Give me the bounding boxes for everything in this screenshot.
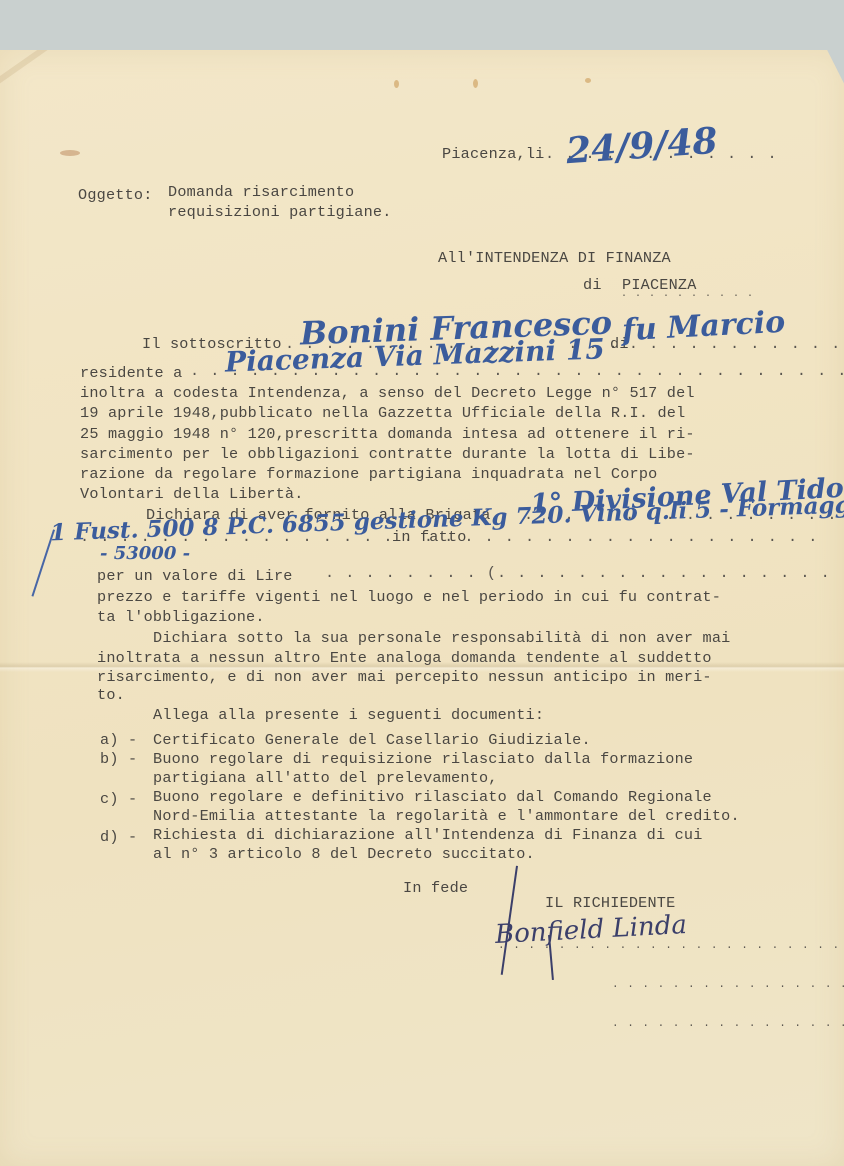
date-handwritten: 24/9/48 <box>565 123 719 169</box>
valore-label: per un valore di Lire <box>97 569 293 584</box>
attachment-marker-d: d) - <box>100 830 137 845</box>
body-line: prezzo e tariffe vigenti nel luogo e nel… <box>97 590 721 605</box>
in-fede-label: In fede <box>403 881 468 896</box>
attachments-intro: Allega alla presente i seguenti document… <box>153 708 544 723</box>
attachment-d-line: al n° 3 articolo 8 del Decreto succitato… <box>153 847 535 862</box>
attachment-c-line: Nord-Emilia attestante la regolarità e l… <box>153 809 740 824</box>
body-line: 25 maggio 1948 n° 120,prescritta domanda… <box>80 427 695 442</box>
signer-label: IL RICHIEDENTE <box>545 896 675 911</box>
subject-line-2: requisizioni partigiane. <box>168 205 392 220</box>
rust-stain <box>60 150 80 156</box>
subject-label: Oggetto: <box>78 188 153 203</box>
attachment-c-line: Buono regolare e definitivo rilasciato d… <box>153 790 712 805</box>
attachment-b-line: Buono regolare di requisizione rilasciat… <box>153 752 693 767</box>
city-dotted-line: . . . . . . . . . . <box>621 290 754 300</box>
recipient-prefix: di <box>583 278 602 293</box>
attachment-d-line: Richiesta di dichiarazione all'Intendenz… <box>153 828 703 843</box>
address-dotted-line: . . . . . . . . . . . . . . . . / . . . <box>612 1019 844 1030</box>
attachment-marker-b: b) - <box>100 752 137 767</box>
declaration-line: to. <box>97 688 125 703</box>
declaration-line: Dichiara sotto la sua personale responsa… <box>153 631 730 646</box>
attachment-b-line: partigiana all'atto del prelevamento, <box>153 771 498 786</box>
address-dotted-line: . . . . . . . . . . . . . . . . . . . <box>612 980 844 991</box>
residente-label: residente a <box>80 366 182 381</box>
declaration-line: risarcimento, e di non aver mai percepit… <box>97 670 712 685</box>
body-line: inoltra a codesta Intendenza, a senso de… <box>80 386 695 401</box>
subject-line-1: Domanda risarcimento <box>168 185 354 200</box>
paper-fold <box>0 0 147 95</box>
body-line: Volontari della Libertà. <box>80 487 304 502</box>
body-line: razione da regolare formazione partigian… <box>80 467 657 482</box>
declaration-line: inoltrata a nessun altro Ente analoga do… <box>97 651 712 666</box>
father-handwritten: fu Marcio <box>621 308 786 347</box>
rust-stain <box>394 80 399 88</box>
rust-stain <box>585 78 591 83</box>
place-label: Piacenza,li <box>442 147 544 162</box>
body-line: ta l'obbligazione. <box>97 610 265 625</box>
rust-stain <box>473 79 478 88</box>
attachment-marker-c: c) - <box>100 792 137 807</box>
attachment-a-line: Certificato Generale del Casellario Giud… <box>153 733 591 748</box>
recipient-line-1: All'INTENDENZA DI FINANZA <box>438 251 671 266</box>
amount-handwritten: - 53000 - <box>100 545 190 563</box>
valore-dotted-line: . . . . . . . . (. . . . . . . . . . . .… <box>325 566 844 581</box>
body-line: 19 aprile 1948,pubblicato nella Gazzetta… <box>80 406 685 421</box>
attachment-marker-a: a) - <box>100 733 137 748</box>
body-line: sarcimento per le obbligazioni contratte… <box>80 447 695 462</box>
signature-dotted-line: . . . . . . . . . . . . . . . . . . . . … <box>498 941 840 952</box>
